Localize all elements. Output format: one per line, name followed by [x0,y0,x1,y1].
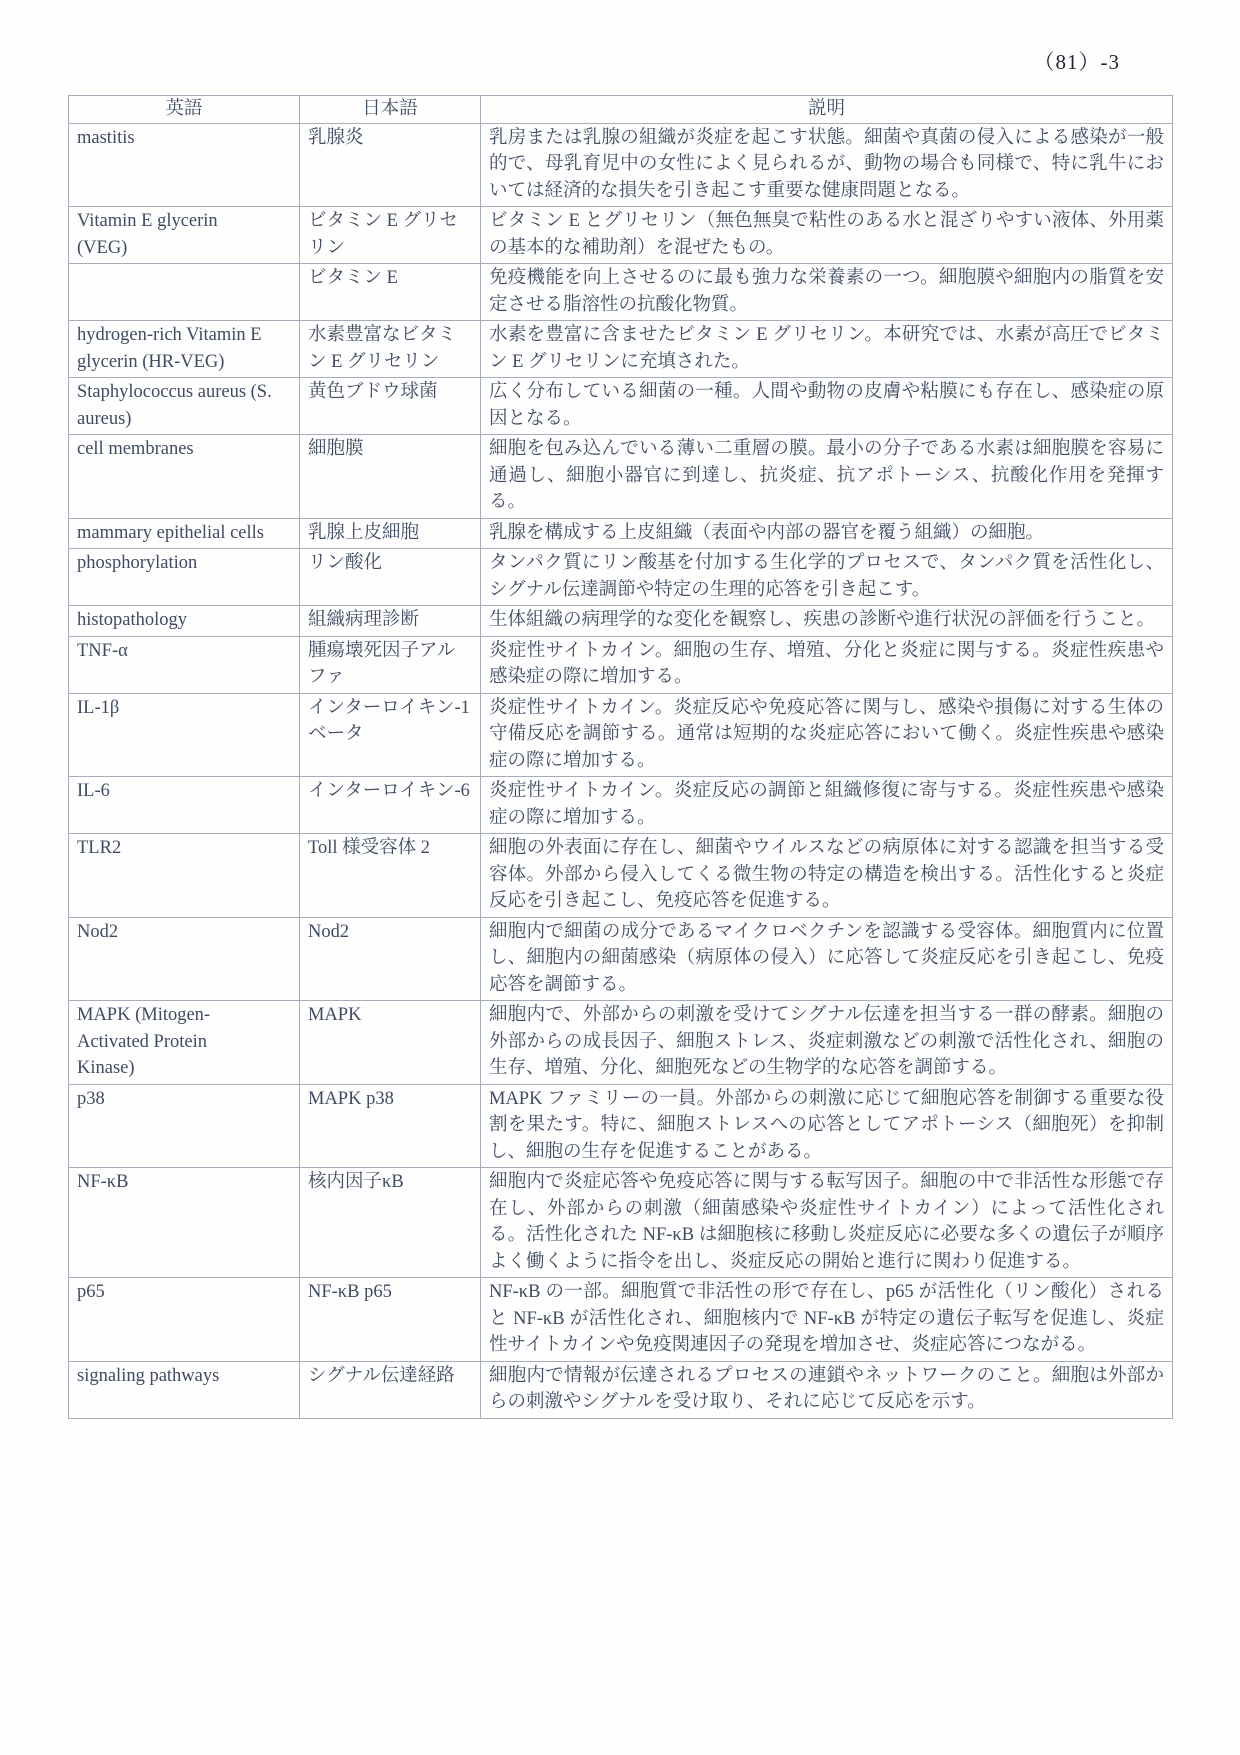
cell-description-text: 細胞内で炎症応答や免疫応答に関与する転写因子。細胞の中で非活性な形態で存在し、外… [481,1168,1173,1278]
cell-english-term [69,264,300,321]
table-row: p65 NF-κB p65 NF-κB の一部。細胞質で非活性の形で存在し、p6… [69,1278,1173,1362]
table-row: TLR2 Toll 様受容体 2 細胞の外表面に存在し、細菌やウイルスなどの病原… [69,834,1173,918]
cell-japanese-term: 水素豊富なビタミン E グリセリン [300,321,481,378]
cell-english-term: NF-κB [69,1168,300,1278]
cell-description-text: 細胞内で細菌の成分であるマイクロベクチンを認識する受容体。細胞質内に位置し、細胞… [481,917,1173,1001]
cell-description-text: 細胞内で情報が伝達されるプロセスの連鎖やネットワークのこと。細胞は外部からの刺激… [481,1361,1173,1418]
cell-japanese-term: リン酸化 [300,549,481,606]
cell-english-term: p38 [69,1084,300,1168]
table-row: cell membranes 細胞膜 細胞を包み込んでいる薄い二重層の膜。最小の… [69,435,1173,519]
cell-description-text: 炎症性サイトカイン。炎症反応や免疫応答に関与し、感染や損傷に対する生体の守備反応… [481,693,1173,777]
cell-description-text: ビタミン E とグリセリン（無色無臭で粘性のある水と混ざりやすい液体、外用薬の基… [481,207,1173,264]
table-row: histopathology 組織病理診断 生体組織の病理学的な変化を観察し、疾… [69,606,1173,637]
cell-japanese-term: ビタミン E グリセリン [300,207,481,264]
cell-japanese-term: 核内因子κB [300,1168,481,1278]
cell-description-text: 免疫機能を向上させるのに最も強力な栄養素の一つ。細胞膜や細胞内の脂質を安定させる… [481,264,1173,321]
cell-english-term: mammary epithelial cells [69,518,300,549]
cell-english-term: cell membranes [69,435,300,519]
cell-description-text: 乳房または乳腺の組織が炎症を起こす状態。細菌や真菌の侵入による感染が一般的で、母… [481,123,1173,207]
cell-description-text: MAPK ファミリーの一員。外部からの刺激に応じて細胞応答を制御する重要な役割を… [481,1084,1173,1168]
cell-japanese-term: Nod2 [300,917,481,1001]
table-row: TNF-α 腫瘍壊死因子アルファ 炎症性サイトカイン。細胞の生存、増殖、分化と炎… [69,636,1173,693]
cell-english-term: TLR2 [69,834,300,918]
cell-description-text: 生体組織の病理学的な変化を観察し、疾患の診断や進行状況の評価を行うこと。 [481,606,1173,637]
table-row: Staphylococcus aureus (S. aureus) 黄色ブドウ球… [69,378,1173,435]
cell-japanese-term: MAPK [300,1001,481,1085]
glossary-table: 英語 日本語 説明 mastitis 乳腺炎 乳房または乳腺の組織が炎症を起こす… [68,95,1173,1419]
cell-description-text: 細胞内で、外部からの刺激を受けてシグナル伝達を担当する一群の酵素。細胞の外部から… [481,1001,1173,1085]
cell-description-text: 乳腺を構成する上皮組織（表面や内部の器官を覆う組織）の細胞。 [481,518,1173,549]
cell-japanese-term: NF-κB p65 [300,1278,481,1362]
cell-description-text: タンパク質にリン酸基を付加する生化学的プロセスで、タンパク質を活性化し、シグナル… [481,549,1173,606]
cell-japanese-term: 乳腺上皮細胞 [300,518,481,549]
page-number: （81）-3 [1034,46,1121,76]
cell-description-text: 炎症性サイトカイン。炎症反応の調節と組織修復に寄与する。炎症性疾患や感染症の際に… [481,777,1173,834]
cell-english-term: hydrogen-rich Vitamin E glycerin (HR-VEG… [69,321,300,378]
table-row: Nod2 Nod2 細胞内で細菌の成分であるマイクロベクチンを認識する受容体。細… [69,917,1173,1001]
table-row: NF-κB 核内因子κB 細胞内で炎症応答や免疫応答に関与する転写因子。細胞の中… [69,1168,1173,1278]
table-row: MAPK (Mitogen- Activated Protein Kinase)… [69,1001,1173,1085]
table-row: ビタミン E 免疫機能を向上させるのに最も強力な栄養素の一つ。細胞膜や細胞内の脂… [69,264,1173,321]
column-header-english: 英語 [69,96,300,124]
cell-japanese-term: Toll 様受容体 2 [300,834,481,918]
cell-japanese-term: MAPK p38 [300,1084,481,1168]
cell-english-term: MAPK (Mitogen- Activated Protein Kinase) [69,1001,300,1085]
table-row: mastitis 乳腺炎 乳房または乳腺の組織が炎症を起こす状態。細菌や真菌の侵… [69,123,1173,207]
column-header-japanese: 日本語 [300,96,481,124]
table-row: signaling pathways シグナル伝達経路 細胞内で情報が伝達される… [69,1361,1173,1418]
cell-english-term: Staphylococcus aureus (S. aureus) [69,378,300,435]
cell-description-text: NF-κB の一部。細胞質で非活性の形で存在し、p65 が活性化（リン酸化）され… [481,1278,1173,1362]
cell-description-text: 細胞の外表面に存在し、細菌やウイルスなどの病原体に対する認識を担当する受容体。外… [481,834,1173,918]
table-row: IL-1β インターロイキン-1 ベータ 炎症性サイトカイン。炎症反応や免疫応答… [69,693,1173,777]
cell-english-term: IL-6 [69,777,300,834]
table-row: hydrogen-rich Vitamin E glycerin (HR-VEG… [69,321,1173,378]
cell-japanese-term: インターロイキン-6 [300,777,481,834]
cell-english-term: p65 [69,1278,300,1362]
glossary-table-header: 英語 日本語 説明 [69,96,1173,124]
cell-japanese-term: 乳腺炎 [300,123,481,207]
cell-japanese-term: ビタミン E [300,264,481,321]
table-row: phosphorylation リン酸化 タンパク質にリン酸基を付加する生化学的… [69,549,1173,606]
header-row: 英語 日本語 説明 [69,96,1173,124]
cell-description-text: 広く分布している細菌の一種。人間や動物の皮膚や粘膜にも存在し、感染症の原因となる… [481,378,1173,435]
table-row: p38 MAPK p38 MAPK ファミリーの一員。外部からの刺激に応じて細胞… [69,1084,1173,1168]
cell-description-text: 細胞を包み込んでいる薄い二重層の膜。最小の分子である水素は細胞膜を容易に通過し、… [481,435,1173,519]
glossary-table-body: mastitis 乳腺炎 乳房または乳腺の組織が炎症を起こす状態。細菌や真菌の侵… [69,123,1173,1418]
cell-english-term: signaling pathways [69,1361,300,1418]
cell-japanese-term: 細胞膜 [300,435,481,519]
cell-english-term: mastitis [69,123,300,207]
cell-english-term: histopathology [69,606,300,637]
column-header-description: 説明 [481,96,1173,124]
table-row: mammary epithelial cells 乳腺上皮細胞 乳腺を構成する上… [69,518,1173,549]
document-page: （81）-3 英語 日本語 説明 mastitis 乳腺炎 乳房または乳腺の組織… [0,0,1240,1755]
cell-english-term: Vitamin E glycerin (VEG) [69,207,300,264]
cell-japanese-term: シグナル伝達経路 [300,1361,481,1418]
cell-description-text: 水素を豊富に含ませたビタミン E グリセリン。本研究では、水素が高圧でビタミン … [481,321,1173,378]
cell-japanese-term: インターロイキン-1 ベータ [300,693,481,777]
table-row: Vitamin E glycerin (VEG) ビタミン E グリセリン ビタ… [69,207,1173,264]
cell-english-term: TNF-α [69,636,300,693]
cell-japanese-term: 黄色ブドウ球菌 [300,378,481,435]
table-row: IL-6 インターロイキン-6 炎症性サイトカイン。炎症反応の調節と組織修復に寄… [69,777,1173,834]
cell-english-term: Nod2 [69,917,300,1001]
cell-japanese-term: 腫瘍壊死因子アルファ [300,636,481,693]
cell-english-term: phosphorylation [69,549,300,606]
cell-description-text: 炎症性サイトカイン。細胞の生存、増殖、分化と炎症に関与する。炎症性疾患や感染症の… [481,636,1173,693]
cell-japanese-term: 組織病理診断 [300,606,481,637]
cell-english-term: IL-1β [69,693,300,777]
